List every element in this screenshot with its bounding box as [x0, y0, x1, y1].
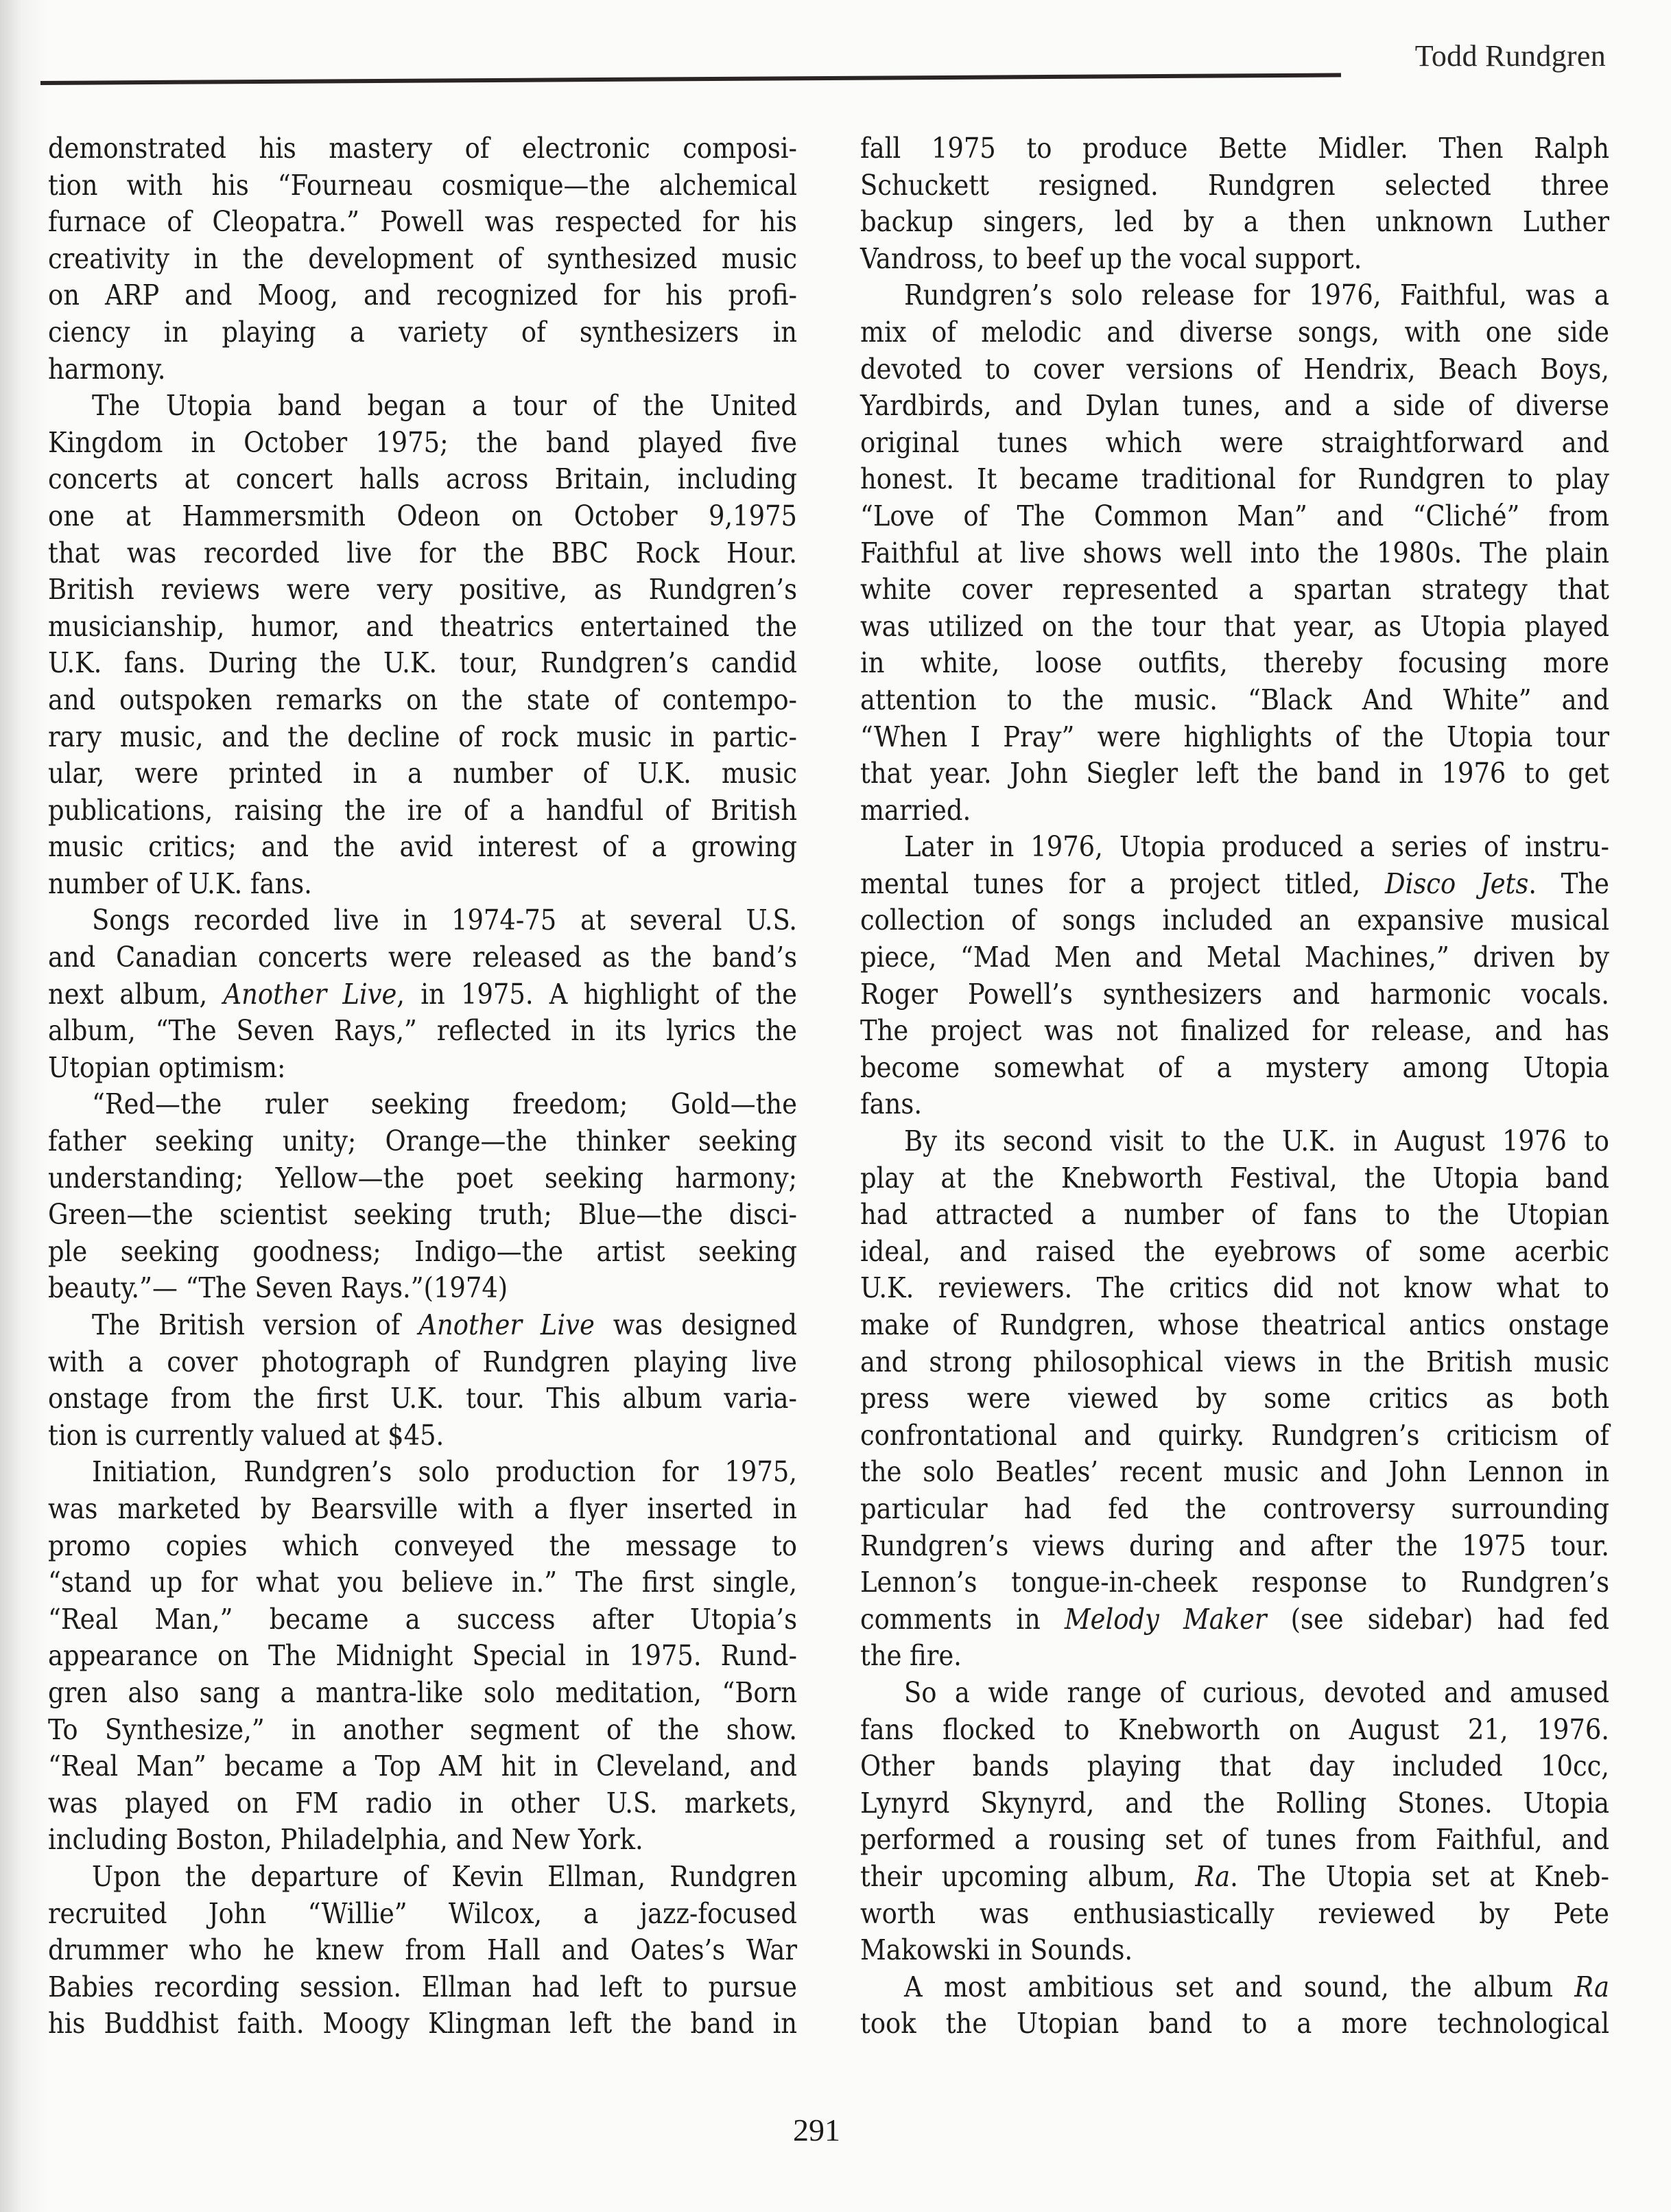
text-line: his Buddhist faith. Moogy Klingman left …	[48, 2005, 797, 2043]
text-line: become somewhat of a mystery among Utopi…	[860, 1050, 1609, 1087]
text-line: recruited John “Willie” Wilcox, a jazz-f…	[48, 1896, 797, 1933]
italic-title: Melody Maker	[1065, 1603, 1267, 1636]
text-line: The Utopia band began a tour of the Unit…	[48, 388, 797, 425]
page-gutter-shadow	[0, 0, 48, 2212]
text-line: the fire.	[860, 1638, 1609, 1675]
text-line: comments in Melody Maker (see sidebar) h…	[860, 1601, 1609, 1638]
text-line: number of U.K. fans.	[48, 866, 797, 903]
text-line: gren also sang a mantra-like solo medita…	[48, 1675, 797, 1712]
text-line: Makowski in Sounds.	[860, 1932, 1609, 1969]
paragraph: Initiation, Rundgren’s solo production f…	[48, 1454, 797, 1859]
text-line: Faithful at live shows well into the 198…	[860, 535, 1609, 572]
text-line: Upon the departure of Kevin Ellman, Rund…	[48, 1859, 797, 1896]
text-line: concerts at concert halls across Britain…	[48, 461, 797, 498]
text-line: harmony.	[48, 351, 797, 388]
text-line: honest. It became traditional for Rundgr…	[860, 461, 1609, 498]
text-line: their upcoming album, Ra. The Utopia set…	[860, 1859, 1609, 1896]
text-line: tion is currently valued at $45.	[48, 1417, 797, 1455]
text-line: drummer who he knew from Hall and Oates’…	[48, 1932, 797, 1969]
text-line: that was recorded live for the BBC Rock …	[48, 535, 797, 572]
text-line: confrontational and quirky. Rundgren’s c…	[860, 1417, 1609, 1455]
text-line: “Love of The Common Man” and “Cliché” fr…	[860, 498, 1609, 535]
text-line: Initiation, Rundgren’s solo production f…	[48, 1454, 797, 1491]
paragraph: “Red—the ruler seeking freedom; Gold—the…	[48, 1086, 797, 1307]
text-line: that year. John Siegler left the band in…	[860, 755, 1609, 792]
text-line: one at Hammersmith Odeon on October 9,19…	[48, 498, 797, 535]
text-line: Later in 1976, Utopia produced a series …	[860, 829, 1609, 866]
text-line: mix of melodic and diverse songs, with o…	[860, 314, 1609, 351]
italic-title: Ra	[1195, 1860, 1230, 1893]
italic-title: Another Live	[418, 1308, 594, 1341]
text-line: By its second visit to the U.K. in Augus…	[860, 1123, 1609, 1160]
text-line: was marketed by Bearsville with a flyer …	[48, 1491, 797, 1528]
text-line: next album, Another Live, in 1975. A hig…	[48, 976, 797, 1013]
text-line: ular, were printed in a number of U.K. m…	[48, 755, 797, 792]
left-column: demonstrated his mastery of electronic c…	[48, 130, 797, 2043]
text-line: U.K. fans. During the U.K. tour, Rundgre…	[48, 645, 797, 682]
text-line: Yardbirds, and Dylan tunes, and a side o…	[860, 388, 1609, 425]
text-line: was utilized on the tour that year, as U…	[860, 609, 1609, 646]
text-line: onstage from the first U.K. tour. This a…	[48, 1380, 797, 1417]
italic-title: Disco Jets	[1385, 867, 1528, 900]
text-line: Green—the scientist seeking truth; Blue—…	[48, 1197, 797, 1234]
text-line: musicianship, humor, and theatrics enter…	[48, 609, 797, 646]
text-line: So a wide range of curious, devoted and …	[860, 1675, 1609, 1712]
text-line: U.K. reviewers. The critics did not know…	[860, 1270, 1609, 1307]
paragraph: Upon the departure of Kevin Ellman, Rund…	[48, 1859, 797, 2043]
text-line: Schuckett resigned. Rundgren selected th…	[860, 167, 1609, 204]
paragraph: Later in 1976, Utopia produced a series …	[860, 829, 1609, 1123]
text-line: album, “The Seven Rays,” reflected in it…	[48, 1013, 797, 1050]
paragraph: The British version of Another Live was …	[48, 1307, 797, 1454]
text-line: mental tunes for a project titled, Disco…	[860, 866, 1609, 903]
text-line: Utopian optimism:	[48, 1050, 797, 1087]
text-line: fall 1975 to produce Bette Midler. Then …	[860, 130, 1609, 167]
text-line: original tunes which were straightforwar…	[860, 425, 1609, 462]
text-line: promo copies which conveyed the message …	[48, 1528, 797, 1565]
text-line: the solo Beatles’ recent music and John …	[860, 1454, 1609, 1491]
page-number: 291	[793, 2112, 840, 2148]
paragraph: fall 1975 to produce Bette Midler. Then …	[860, 130, 1609, 277]
text-line: performed a rousing set of tunes from Fa…	[860, 1822, 1609, 1859]
text-line: “Red—the ruler seeking freedom; Gold—the	[48, 1086, 797, 1123]
text-line: To Synthesize,” in another segment of th…	[48, 1712, 797, 1749]
text-line: was played on FM radio in other U.S. mar…	[48, 1785, 797, 1822]
text-line: make of Rundgren, whose theatrical antic…	[860, 1307, 1609, 1344]
italic-title: Another Live	[223, 978, 396, 1011]
text-line: including Boston, Philadelphia, and New …	[48, 1822, 797, 1859]
paragraph: Songs recorded live in 1974-75 at severa…	[48, 902, 797, 1086]
text-line: tion with his “Fourneau cosmique—the alc…	[48, 167, 797, 204]
text-line: devoted to cover versions of Hendrix, Be…	[860, 351, 1609, 388]
paragraph: So a wide range of curious, devoted and …	[860, 1675, 1609, 1969]
text-line: with a cover photograph of Rundgren play…	[48, 1344, 797, 1381]
text-line: appearance on The Midnight Special in 19…	[48, 1638, 797, 1675]
text-line: and outspoken remarks on the state of co…	[48, 682, 797, 719]
paragraph: Rundgren’s solo release for 1976, Faithf…	[860, 277, 1609, 829]
running-head: Todd Rundgren	[40, 23, 1606, 92]
text-line: worth was enthusiastically reviewed by P…	[860, 1896, 1609, 1933]
paragraph: By its second visit to the U.K. in Augus…	[860, 1123, 1609, 1675]
text-line: “stand up for what you believe in.” The …	[48, 1564, 797, 1601]
text-line: Other bands playing that day included 10…	[860, 1748, 1609, 1785]
italic-title: Ra	[1574, 1970, 1609, 2003]
text-line: attention to the music. “Black And White…	[860, 682, 1609, 719]
text-line: collection of songs included an expansiv…	[860, 902, 1609, 939]
text-line: piece, “Mad Men and Metal Machines,” dri…	[860, 939, 1609, 976]
text-line: married.	[860, 792, 1609, 829]
text-line: beauty.”— “The Seven Rays.”(1974)	[48, 1270, 797, 1307]
text-line: furnace of Cleopatra.” Powell was respec…	[48, 204, 797, 241]
text-line: father seeking unity; Orange—the thinker…	[48, 1123, 797, 1160]
text-line: backup singers, led by a then unknown Lu…	[860, 204, 1609, 241]
text-line: “Real Man” became a Top AM hit in Clevel…	[48, 1748, 797, 1785]
text-line: A most ambitious set and sound, the albu…	[860, 1969, 1609, 2006]
text-line: Lynyrd Skynyrd, and the Rolling Stones. …	[860, 1785, 1609, 1822]
text-line: Roger Powell’s synthesizers and harmonic…	[860, 976, 1609, 1013]
text-line: Babies recording session. Ellman had lef…	[48, 1969, 797, 2006]
text-line: The project was not finalized for releas…	[860, 1013, 1609, 1050]
right-column: fall 1975 to produce Bette Midler. Then …	[860, 130, 1609, 2043]
text-line: demonstrated his mastery of electronic c…	[48, 130, 797, 167]
text-line: took the Utopian band to a more technolo…	[860, 2005, 1609, 2043]
text-line: Songs recorded live in 1974-75 at severa…	[48, 902, 797, 939]
text-line: ideal, and raised the eyebrows of some a…	[860, 1234, 1609, 1271]
text-line: white cover represented a spartan strate…	[860, 572, 1609, 609]
text-line: ciency in playing a variety of synthesiz…	[48, 314, 797, 351]
text-line: rary music, and the decline of rock musi…	[48, 719, 797, 756]
text-line: understanding; Yellow—the poet seeking h…	[48, 1160, 797, 1197]
text-line: ple seeking goodness; Indigo—the artist …	[48, 1234, 797, 1271]
text-line: play at the Knebworth Festival, the Utop…	[860, 1160, 1609, 1197]
paragraph: A most ambitious set and sound, the albu…	[860, 1969, 1609, 2043]
text-line: and Canadian concerts were released as t…	[48, 939, 797, 976]
text-line: music critics; and the avid interest of …	[48, 829, 797, 866]
text-line: particular had fed the controversy surro…	[860, 1491, 1609, 1528]
text-line: in white, loose outfits, thereby focusin…	[860, 645, 1609, 682]
text-line: Vandross, to beef up the vocal support.	[860, 241, 1609, 278]
text-line: and strong philosophical views in the Br…	[860, 1344, 1609, 1381]
text-line: British reviews were very positive, as R…	[48, 572, 797, 609]
paragraph: The Utopia band began a tour of the Unit…	[48, 388, 797, 902]
text-line: “When I Pray” were highlights of the Uto…	[860, 719, 1609, 756]
text-line: on ARP and Moog, and recognized for his …	[48, 277, 797, 314]
text-line: press were viewed by some critics as bot…	[860, 1380, 1609, 1417]
text-line: had attracted a number of fans to the Ut…	[860, 1197, 1609, 1234]
text-line: fans flocked to Knebworth on August 21, …	[860, 1712, 1609, 1749]
text-line: Rundgren’s views during and after the 19…	[860, 1528, 1609, 1565]
running-head-title: Todd Rundgren	[1415, 38, 1606, 73]
text-line: Lennon’s tongue-in-cheek response to Run…	[860, 1564, 1609, 1601]
text-line: publications, raising the ire of a handf…	[48, 792, 797, 829]
text-line: creativity in the development of synthes…	[48, 241, 797, 278]
text-line: The British version of Another Live was …	[48, 1307, 797, 1344]
text-line: Kingdom in October 1975; the band played…	[48, 425, 797, 462]
text-line: Rundgren’s solo release for 1976, Faithf…	[860, 277, 1609, 314]
text-line: “Real Man,” became a success after Utopi…	[48, 1601, 797, 1638]
paragraph: demonstrated his mastery of electronic c…	[48, 130, 797, 388]
header-rule	[40, 73, 1341, 85]
text-line: fans.	[860, 1086, 1609, 1123]
